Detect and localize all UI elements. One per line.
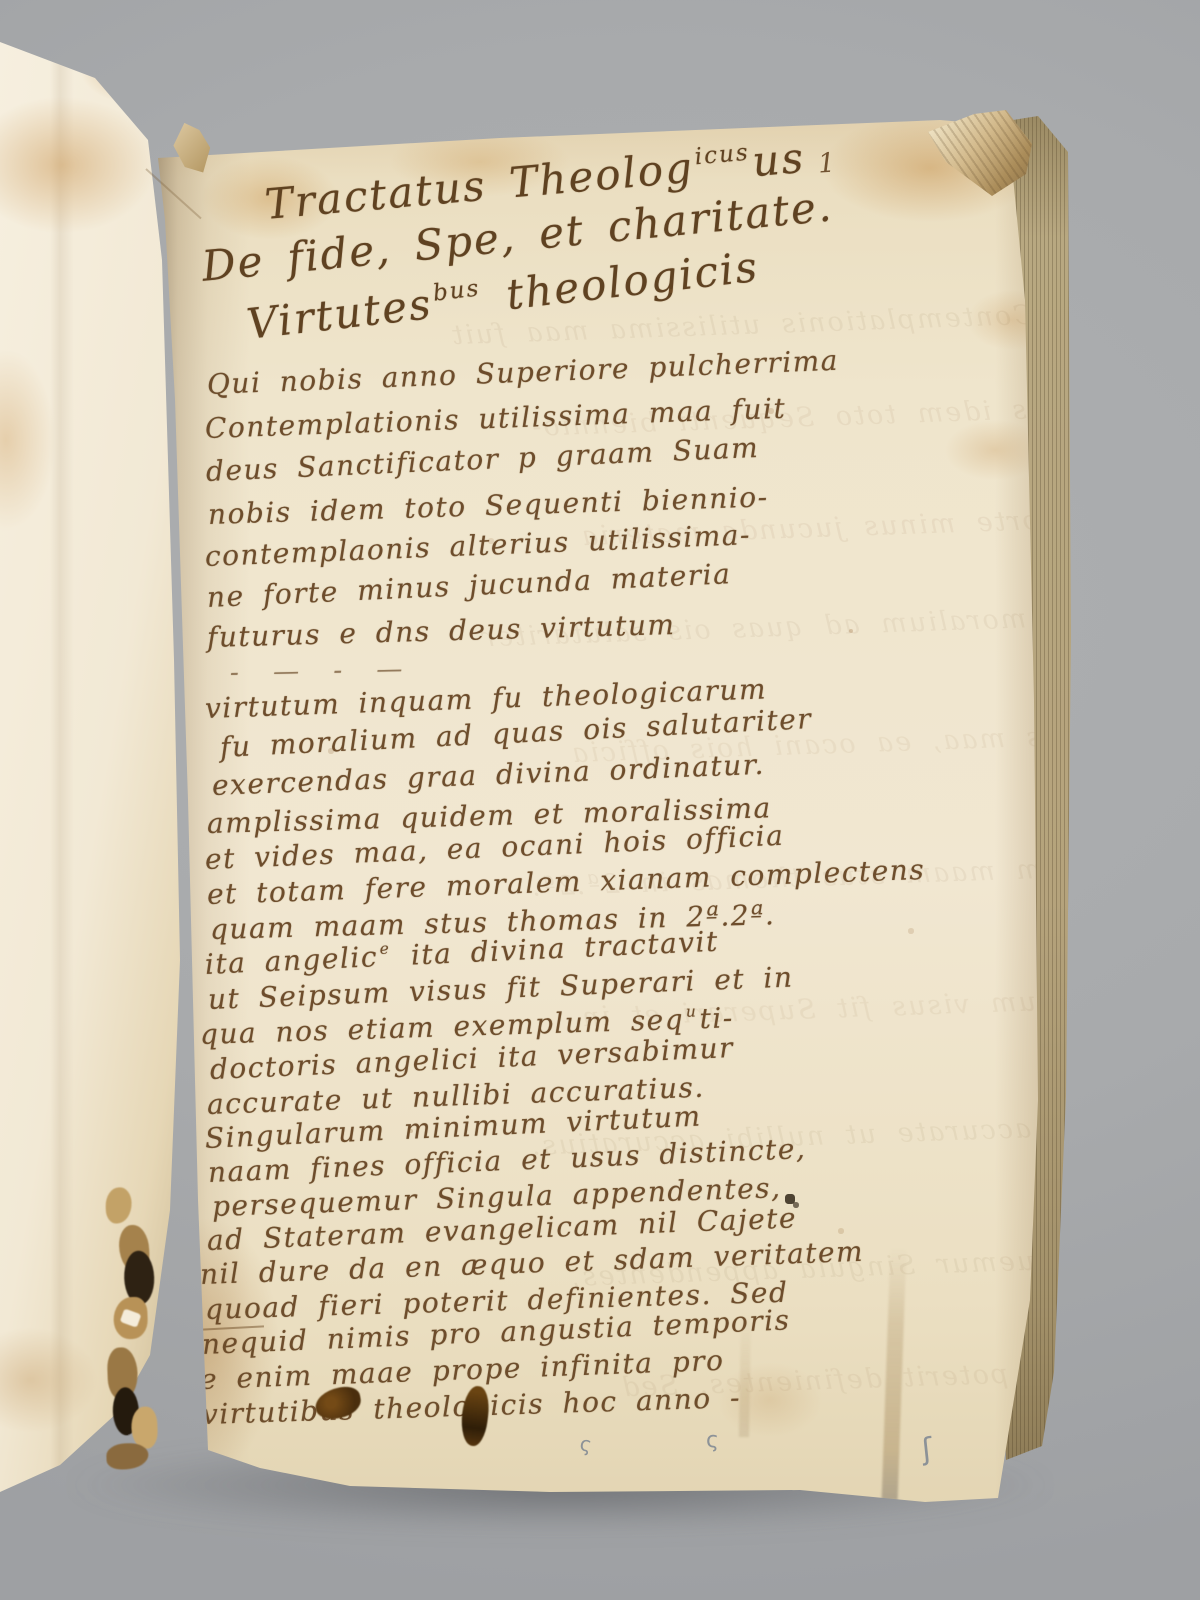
pencil-mark: ς xyxy=(706,1428,719,1453)
pencil-mark: ʃ xyxy=(920,1432,934,1468)
pencil-mark: ς xyxy=(578,1431,594,1457)
foxing-specks xyxy=(150,110,152,112)
binding-fiber xyxy=(105,1187,132,1224)
manuscript-body-line: - — - — xyxy=(230,654,412,688)
binding-damage xyxy=(87,1176,237,1483)
photo-background: Contemplationis utilissima maa fuitnobis… xyxy=(0,0,1200,1600)
binding-fiber xyxy=(106,1443,149,1470)
manuscript-page: Contemplationis utilissima maa fuitnobis… xyxy=(150,110,1040,1510)
page-number: 1 xyxy=(817,147,836,179)
water-stain xyxy=(739,1312,751,1437)
